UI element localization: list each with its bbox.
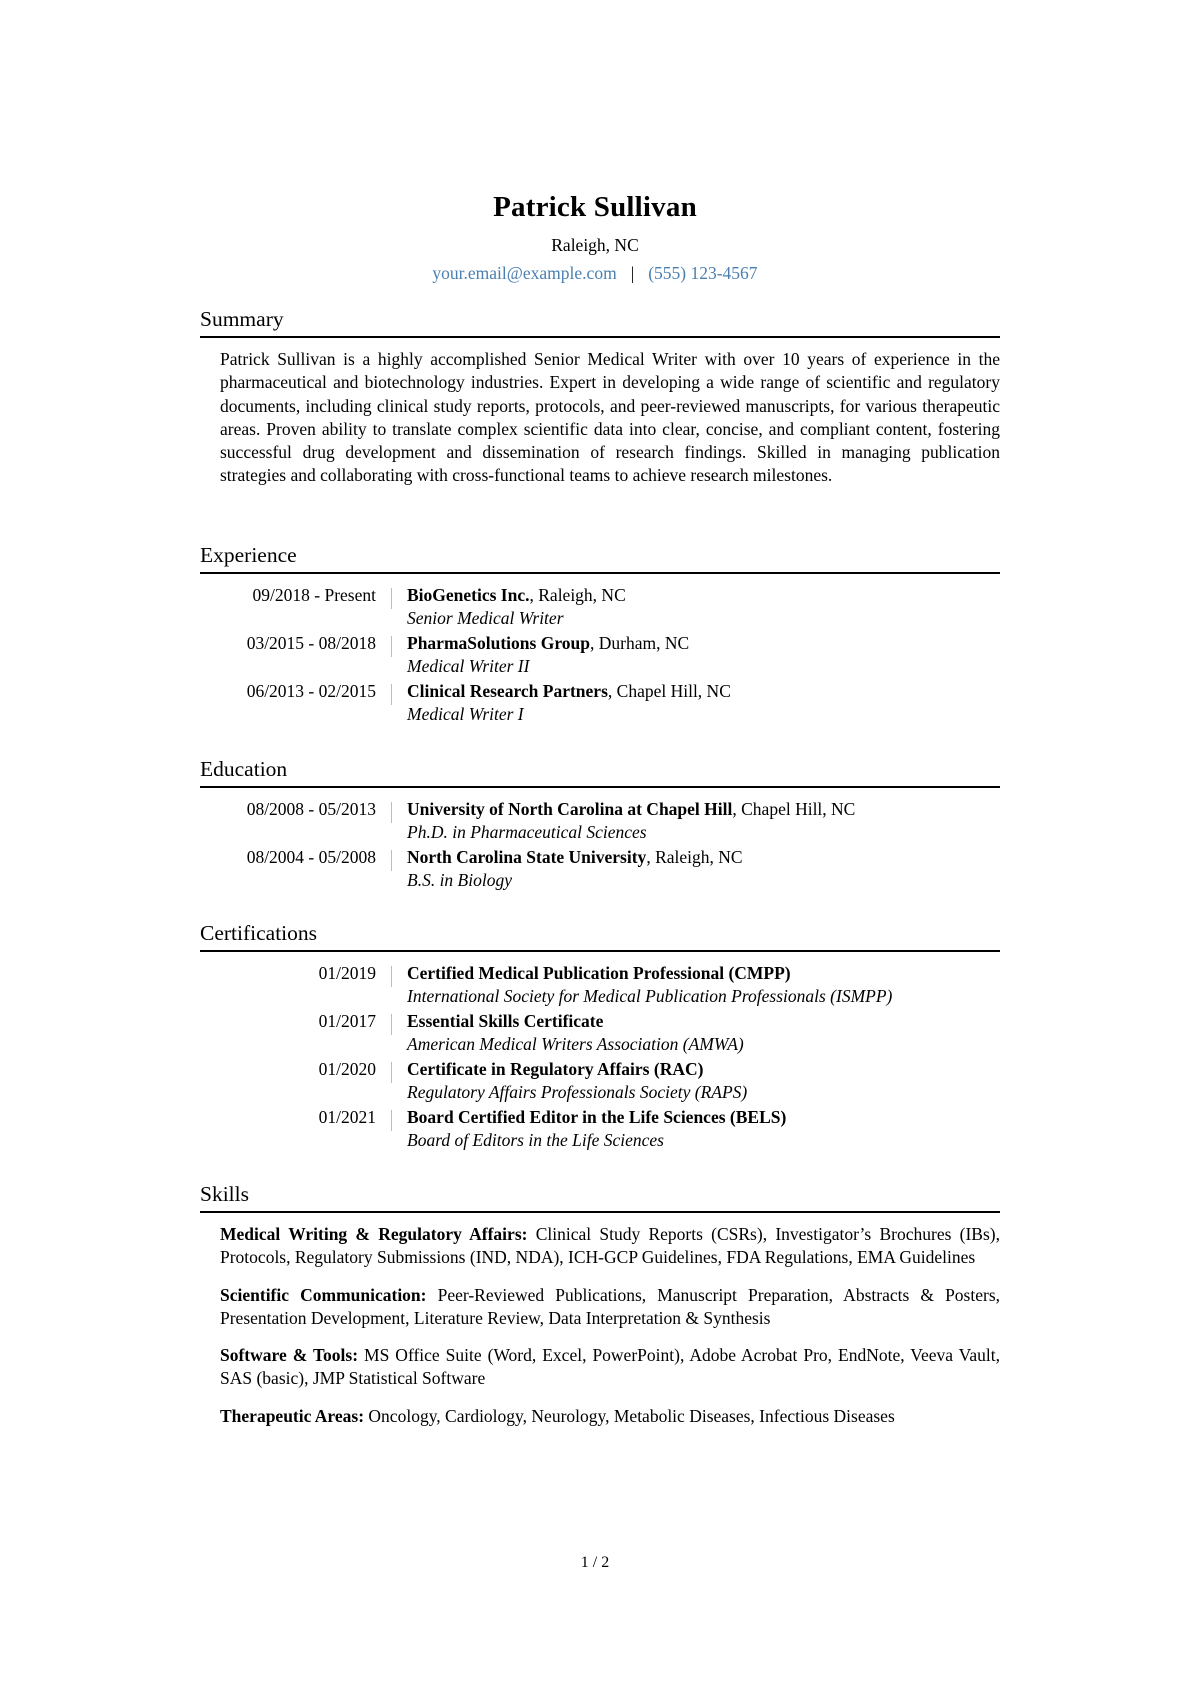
- resume-header: Patrick Sullivan Raleigh, NC your.email@…: [0, 190, 1190, 284]
- timeline-bar: [391, 636, 392, 657]
- entry-date: 08/2008 - 05/2013: [200, 798, 376, 844]
- entry-organization: University of North Carolina at Chapel H…: [407, 799, 732, 819]
- entry-location: , Chapel Hill, NC: [732, 799, 855, 819]
- entry-date: 09/2018 - Present: [200, 584, 376, 630]
- entry-location: , Raleigh, NC: [530, 585, 626, 605]
- timeline-bar: [391, 684, 392, 705]
- contact-separator: |: [631, 263, 635, 283]
- entry-date: 01/2020: [200, 1058, 376, 1104]
- certifications-entry: 01/2020Certificate in Regulatory Affairs…: [200, 1058, 1000, 1104]
- entry-role: Regulatory Affairs Professionals Society…: [407, 1081, 747, 1104]
- candidate-name: Patrick Sullivan: [0, 190, 1190, 224]
- section-title-skills: Skills: [200, 1181, 1000, 1207]
- experience-list: 09/2018 - PresentBioGenetics Inc., Ralei…: [200, 584, 1000, 726]
- skill-category: Scientific Communication:: [220, 1285, 427, 1305]
- section-divider: [200, 572, 1000, 574]
- contact-line: your.email@example.com|(555) 123-4567: [0, 262, 1190, 284]
- section-divider: [200, 950, 1000, 952]
- entry-location: , Durham, NC: [590, 633, 689, 653]
- experience-entry: 03/2015 - 08/2018PharmaSolutions Group, …: [200, 632, 1000, 678]
- certifications-list: 01/2019Certified Medical Publication Pro…: [200, 962, 1000, 1152]
- entry-role: Medical Writer I: [407, 703, 731, 726]
- entry-location: , Chapel Hill, NC: [608, 681, 731, 701]
- resume-page: Patrick Sullivan Raleigh, NC your.email@…: [0, 0, 1190, 1683]
- education-list: 08/2008 - 05/2013University of North Car…: [200, 798, 1000, 892]
- skill-list: Oncology, Cardiology, Neurology, Metabol…: [364, 1406, 895, 1426]
- candidate-location: Raleigh, NC: [0, 234, 1190, 256]
- entry-location: , Raleigh, NC: [646, 847, 742, 867]
- email-link[interactable]: your.email@example.com: [432, 263, 616, 283]
- entry-organization: BioGenetics Inc.: [407, 585, 530, 605]
- section-title-education: Education: [200, 756, 1000, 782]
- entry-organization: PharmaSolutions Group: [407, 633, 590, 653]
- skills-section: Skills Medical Writing & Regulatory Affa…: [200, 1181, 1000, 1428]
- entry-body: Essential Skills CertificateAmerican Med…: [407, 1010, 744, 1056]
- entry-body: BioGenetics Inc., Raleigh, NCSenior Medi…: [407, 584, 626, 630]
- skill-group: Software & Tools: MS Office Suite (Word,…: [220, 1344, 1000, 1391]
- timeline-bar: [391, 966, 392, 987]
- skill-group: Scientific Communication: Peer-Reviewed …: [220, 1284, 1000, 1331]
- entry-organization: Board Certified Editor in the Life Scien…: [407, 1107, 786, 1127]
- skill-group: Therapeutic Areas: Oncology, Cardiology,…: [220, 1405, 1000, 1428]
- experience-entry: 09/2018 - PresentBioGenetics Inc., Ralei…: [200, 584, 1000, 630]
- certifications-entry: 01/2021Board Certified Editor in the Lif…: [200, 1106, 1000, 1152]
- entry-body: PharmaSolutions Group, Durham, NCMedical…: [407, 632, 689, 678]
- entry-date: 01/2021: [200, 1106, 376, 1152]
- entry-role: American Medical Writers Association (AM…: [407, 1033, 744, 1056]
- certifications-entry: 01/2017Essential Skills CertificateAmeri…: [200, 1010, 1000, 1056]
- phone-link[interactable]: (555) 123-4567: [648, 263, 757, 283]
- timeline-bar: [391, 1014, 392, 1035]
- section-divider: [200, 1211, 1000, 1213]
- education-section: Education 08/2008 - 05/2013University of…: [200, 756, 1000, 892]
- experience-section: Experience 09/2018 - PresentBioGenetics …: [200, 542, 1000, 726]
- skill-category: Therapeutic Areas:: [220, 1406, 364, 1426]
- entry-date: 06/2013 - 02/2015: [200, 680, 376, 726]
- entry-role: Medical Writer II: [407, 655, 689, 678]
- certifications-entry: 01/2019Certified Medical Publication Pro…: [200, 962, 1000, 1008]
- entry-organization: North Carolina State University: [407, 847, 646, 867]
- entry-body: Certified Medical Publication Profession…: [407, 962, 892, 1008]
- skill-category: Software & Tools:: [220, 1345, 358, 1365]
- timeline-bar: [391, 1110, 392, 1131]
- entry-role: International Society for Medical Public…: [407, 985, 892, 1008]
- entry-body: North Carolina State University, Raleigh…: [407, 846, 743, 892]
- summary-text: Patrick Sullivan is a highly accomplishe…: [220, 348, 1000, 488]
- skill-category: Medical Writing & Regulatory Affairs:: [220, 1224, 527, 1244]
- page-indicator: 1 / 2: [0, 1553, 1190, 1573]
- entry-role: Ph.D. in Pharmaceutical Sciences: [407, 821, 855, 844]
- entry-body: Board Certified Editor in the Life Scien…: [407, 1106, 786, 1152]
- entry-date: 08/2004 - 05/2008: [200, 846, 376, 892]
- section-title-certifications: Certifications: [200, 920, 1000, 946]
- entry-role: B.S. in Biology: [407, 869, 743, 892]
- section-divider: [200, 786, 1000, 788]
- summary-section: Summary Patrick Sullivan is a highly acc…: [200, 306, 1000, 488]
- entry-role: Board of Editors in the Life Sciences: [407, 1129, 786, 1152]
- entry-body: Clinical Research Partners, Chapel Hill,…: [407, 680, 731, 726]
- education-entry: 08/2008 - 05/2013University of North Car…: [200, 798, 1000, 844]
- section-title-experience: Experience: [200, 542, 1000, 568]
- entry-date: 03/2015 - 08/2018: [200, 632, 376, 678]
- timeline-bar: [391, 802, 392, 823]
- education-entry: 08/2004 - 05/2008North Carolina State Un…: [200, 846, 1000, 892]
- timeline-bar: [391, 1062, 392, 1083]
- experience-entry: 06/2013 - 02/2015Clinical Research Partn…: [200, 680, 1000, 726]
- skill-group: Medical Writing & Regulatory Affairs: Cl…: [220, 1223, 1000, 1270]
- entry-organization: Clinical Research Partners: [407, 681, 608, 701]
- entry-organization: Certificate in Regulatory Affairs (RAC): [407, 1059, 703, 1079]
- entry-organization: Certified Medical Publication Profession…: [407, 963, 791, 983]
- skills-list: Medical Writing & Regulatory Affairs: Cl…: [220, 1223, 1000, 1428]
- entry-body: University of North Carolina at Chapel H…: [407, 798, 855, 844]
- entry-organization: Essential Skills Certificate: [407, 1011, 603, 1031]
- entry-role: Senior Medical Writer: [407, 607, 626, 630]
- section-title-summary: Summary: [200, 306, 1000, 332]
- entry-date: 01/2019: [200, 962, 376, 1008]
- timeline-bar: [391, 588, 392, 609]
- certifications-section: Certifications 01/2019Certified Medical …: [200, 920, 1000, 1152]
- entry-date: 01/2017: [200, 1010, 376, 1056]
- entry-body: Certificate in Regulatory Affairs (RAC)R…: [407, 1058, 747, 1104]
- section-divider: [200, 336, 1000, 338]
- timeline-bar: [391, 850, 392, 871]
